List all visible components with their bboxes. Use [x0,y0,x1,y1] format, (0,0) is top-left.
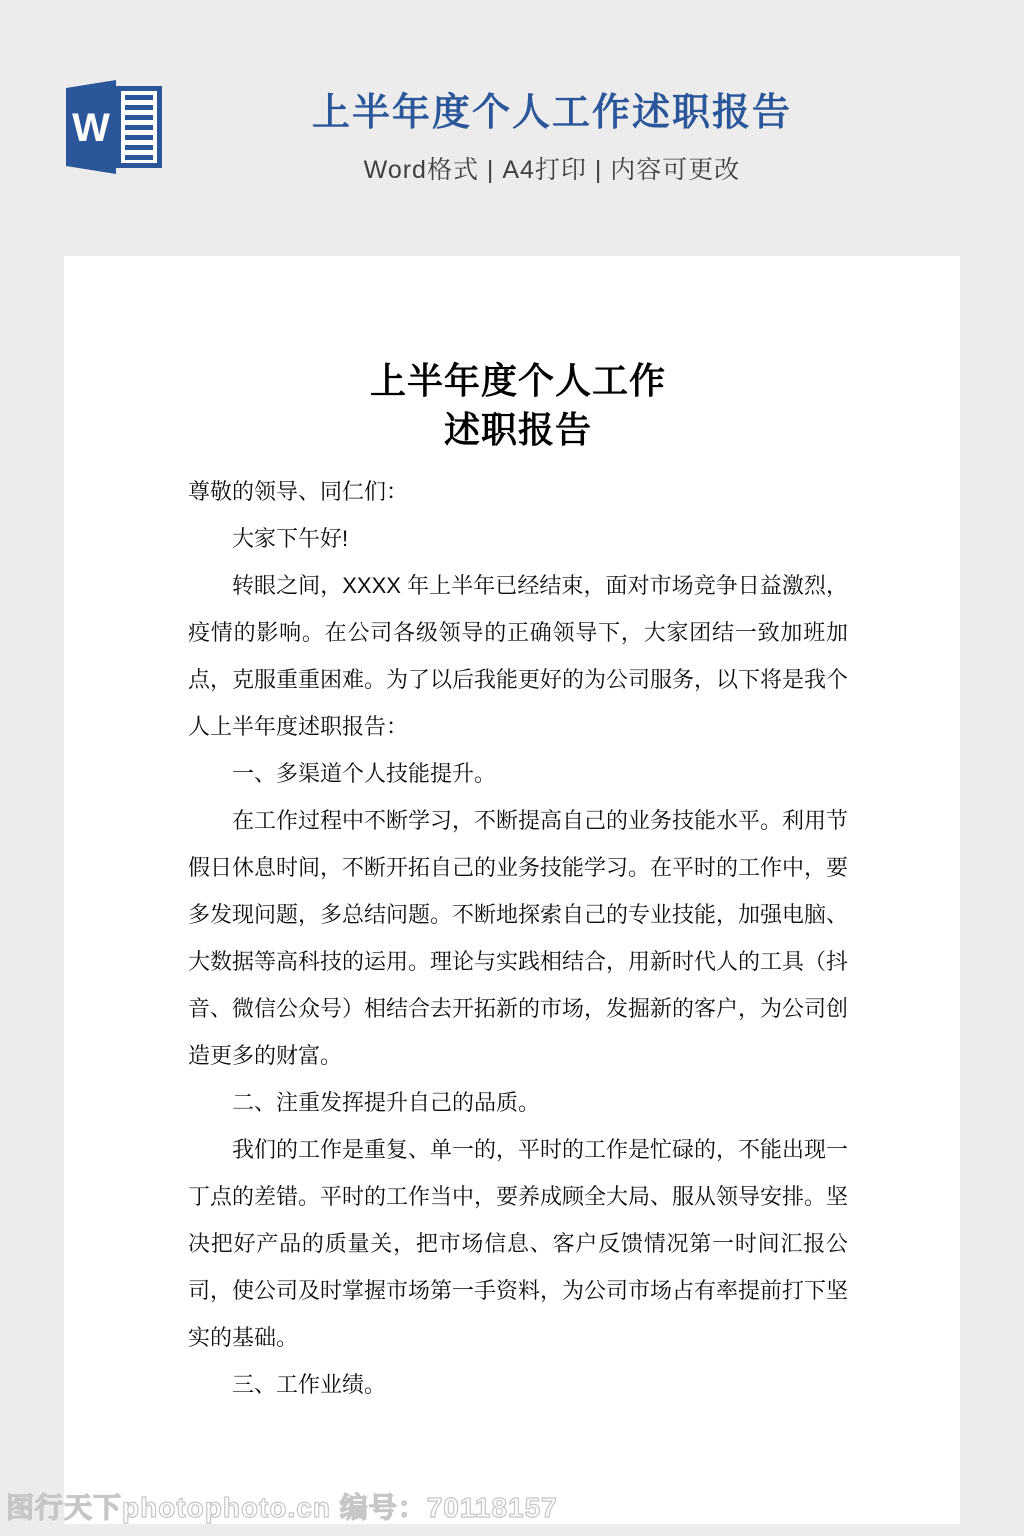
doc-paragraph: 尊敬的领导、同仁们： [188,468,848,515]
template-title: 上半年度个人工作述职报告 [80,90,1024,138]
template-subtitle: Word格式 | A4打印 | 内容可更改 [80,150,1024,186]
doc-paragraph: 转眼之间，XXXX 年上半年已经结束，面对市场竞争日益激烈，疫情的影响。在公司各… [188,562,848,750]
site-watermark: 图行天下photophoto.cn 编号：70118157 [6,1486,558,1526]
header: 上半年度个人工作述职报告 Word格式 | A4打印 | 内容可更改 [80,90,1024,186]
document-title-line2: 述职报告 [188,405,848,454]
doc-paragraph: 三、工作业绩。 [188,1361,848,1408]
doc-paragraph: 大家下午好! [188,515,848,562]
doc-paragraph: 我们的工作是重复、单一的，平时的工作是忙碌的，不能出现一丁点的差错。平时的工作当… [188,1126,848,1361]
doc-paragraph: 二、注重发挥提升自己的品质。 [188,1079,848,1126]
document-page: 上半年度个人工作 述职报告 尊敬的领导、同仁们：大家下午好!转眼之间，XXXX … [64,256,960,1524]
doc-paragraph: 一、多渠道个人技能提升。 [188,750,848,797]
doc-paragraph: 在工作过程中不断学习，不断提高自己的业务技能水平。利用节假日休息时间，不断开拓自… [188,797,848,1079]
document-title: 上半年度个人工作 述职报告 [188,356,848,454]
document-content: 上半年度个人工作 述职报告 尊敬的领导、同仁们：大家下午好!转眼之间，XXXX … [64,256,960,1408]
document-title-line1: 上半年度个人工作 [188,356,848,405]
document-body: 尊敬的领导、同仁们：大家下午好!转眼之间，XXXX 年上半年已经结束，面对市场竞… [188,468,848,1408]
